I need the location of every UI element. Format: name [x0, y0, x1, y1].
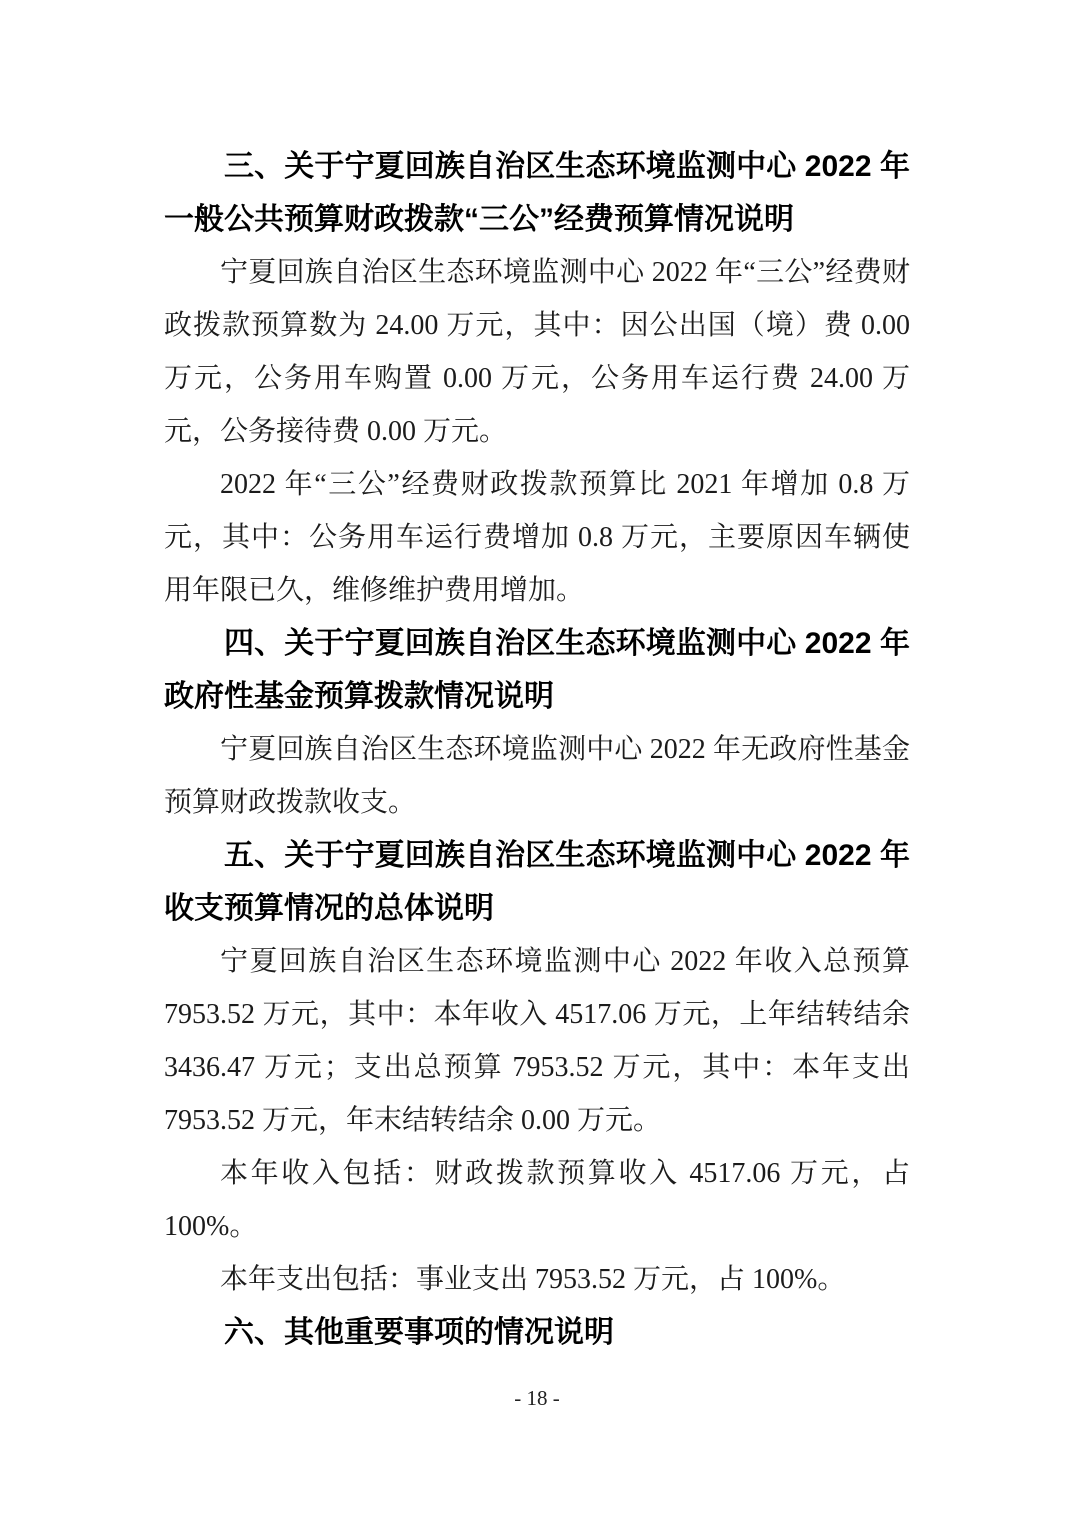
paragraph-government-fund-statement: 宁夏回族自治区生态环境监测中心 2022 年无政府性基金预算财政拨款收支。 [164, 723, 910, 829]
paragraph-current-year-expenditure: 本年支出包括：事业支出 7953.52 万元，占 100%。 [164, 1253, 910, 1306]
section-heading-five-revenue-expenditure: 五、关于宁夏回族自治区生态环境监测中心 2022 年收支预算情况的总体说明 [164, 829, 910, 935]
page-number: - 18 - [0, 1386, 1074, 1411]
paragraph-revenue-expenditure-totals: 宁夏回族自治区生态环境监测中心 2022 年收入总预算 7953.52 万元，其… [164, 935, 910, 1147]
document-body: 三、关于宁夏回族自治区生态环境监测中心 2022 年一般公共预算财政拨款“三公”… [164, 140, 910, 1359]
section-heading-six-other-matters: 六、其他重要事项的情况说明 [164, 1306, 910, 1359]
section-heading-three-sangong-budget: 三、关于宁夏回族自治区生态环境监测中心 2022 年一般公共预算财政拨款“三公”… [164, 140, 910, 246]
paragraph-current-year-revenue: 本年收入包括：财政拨款预算收入 4517.06 万元，占 100%。 [164, 1147, 910, 1253]
paragraph-sangong-budget-change: 2022 年“三公”经费财政拨款预算比 2021 年增加 0.8 万元，其中：公… [164, 458, 910, 617]
document-page: 三、关于宁夏回族自治区生态环境监测中心 2022 年一般公共预算财政拨款“三公”… [0, 0, 1074, 1520]
section-heading-four-government-fund: 四、关于宁夏回族自治区生态环境监测中心 2022 年政府性基金预算拨款情况说明 [164, 617, 910, 723]
paragraph-sangong-budget-amounts: 宁夏回族自治区生态环境监测中心 2022 年“三公”经费财政拨款预算数为 24.… [164, 246, 910, 458]
